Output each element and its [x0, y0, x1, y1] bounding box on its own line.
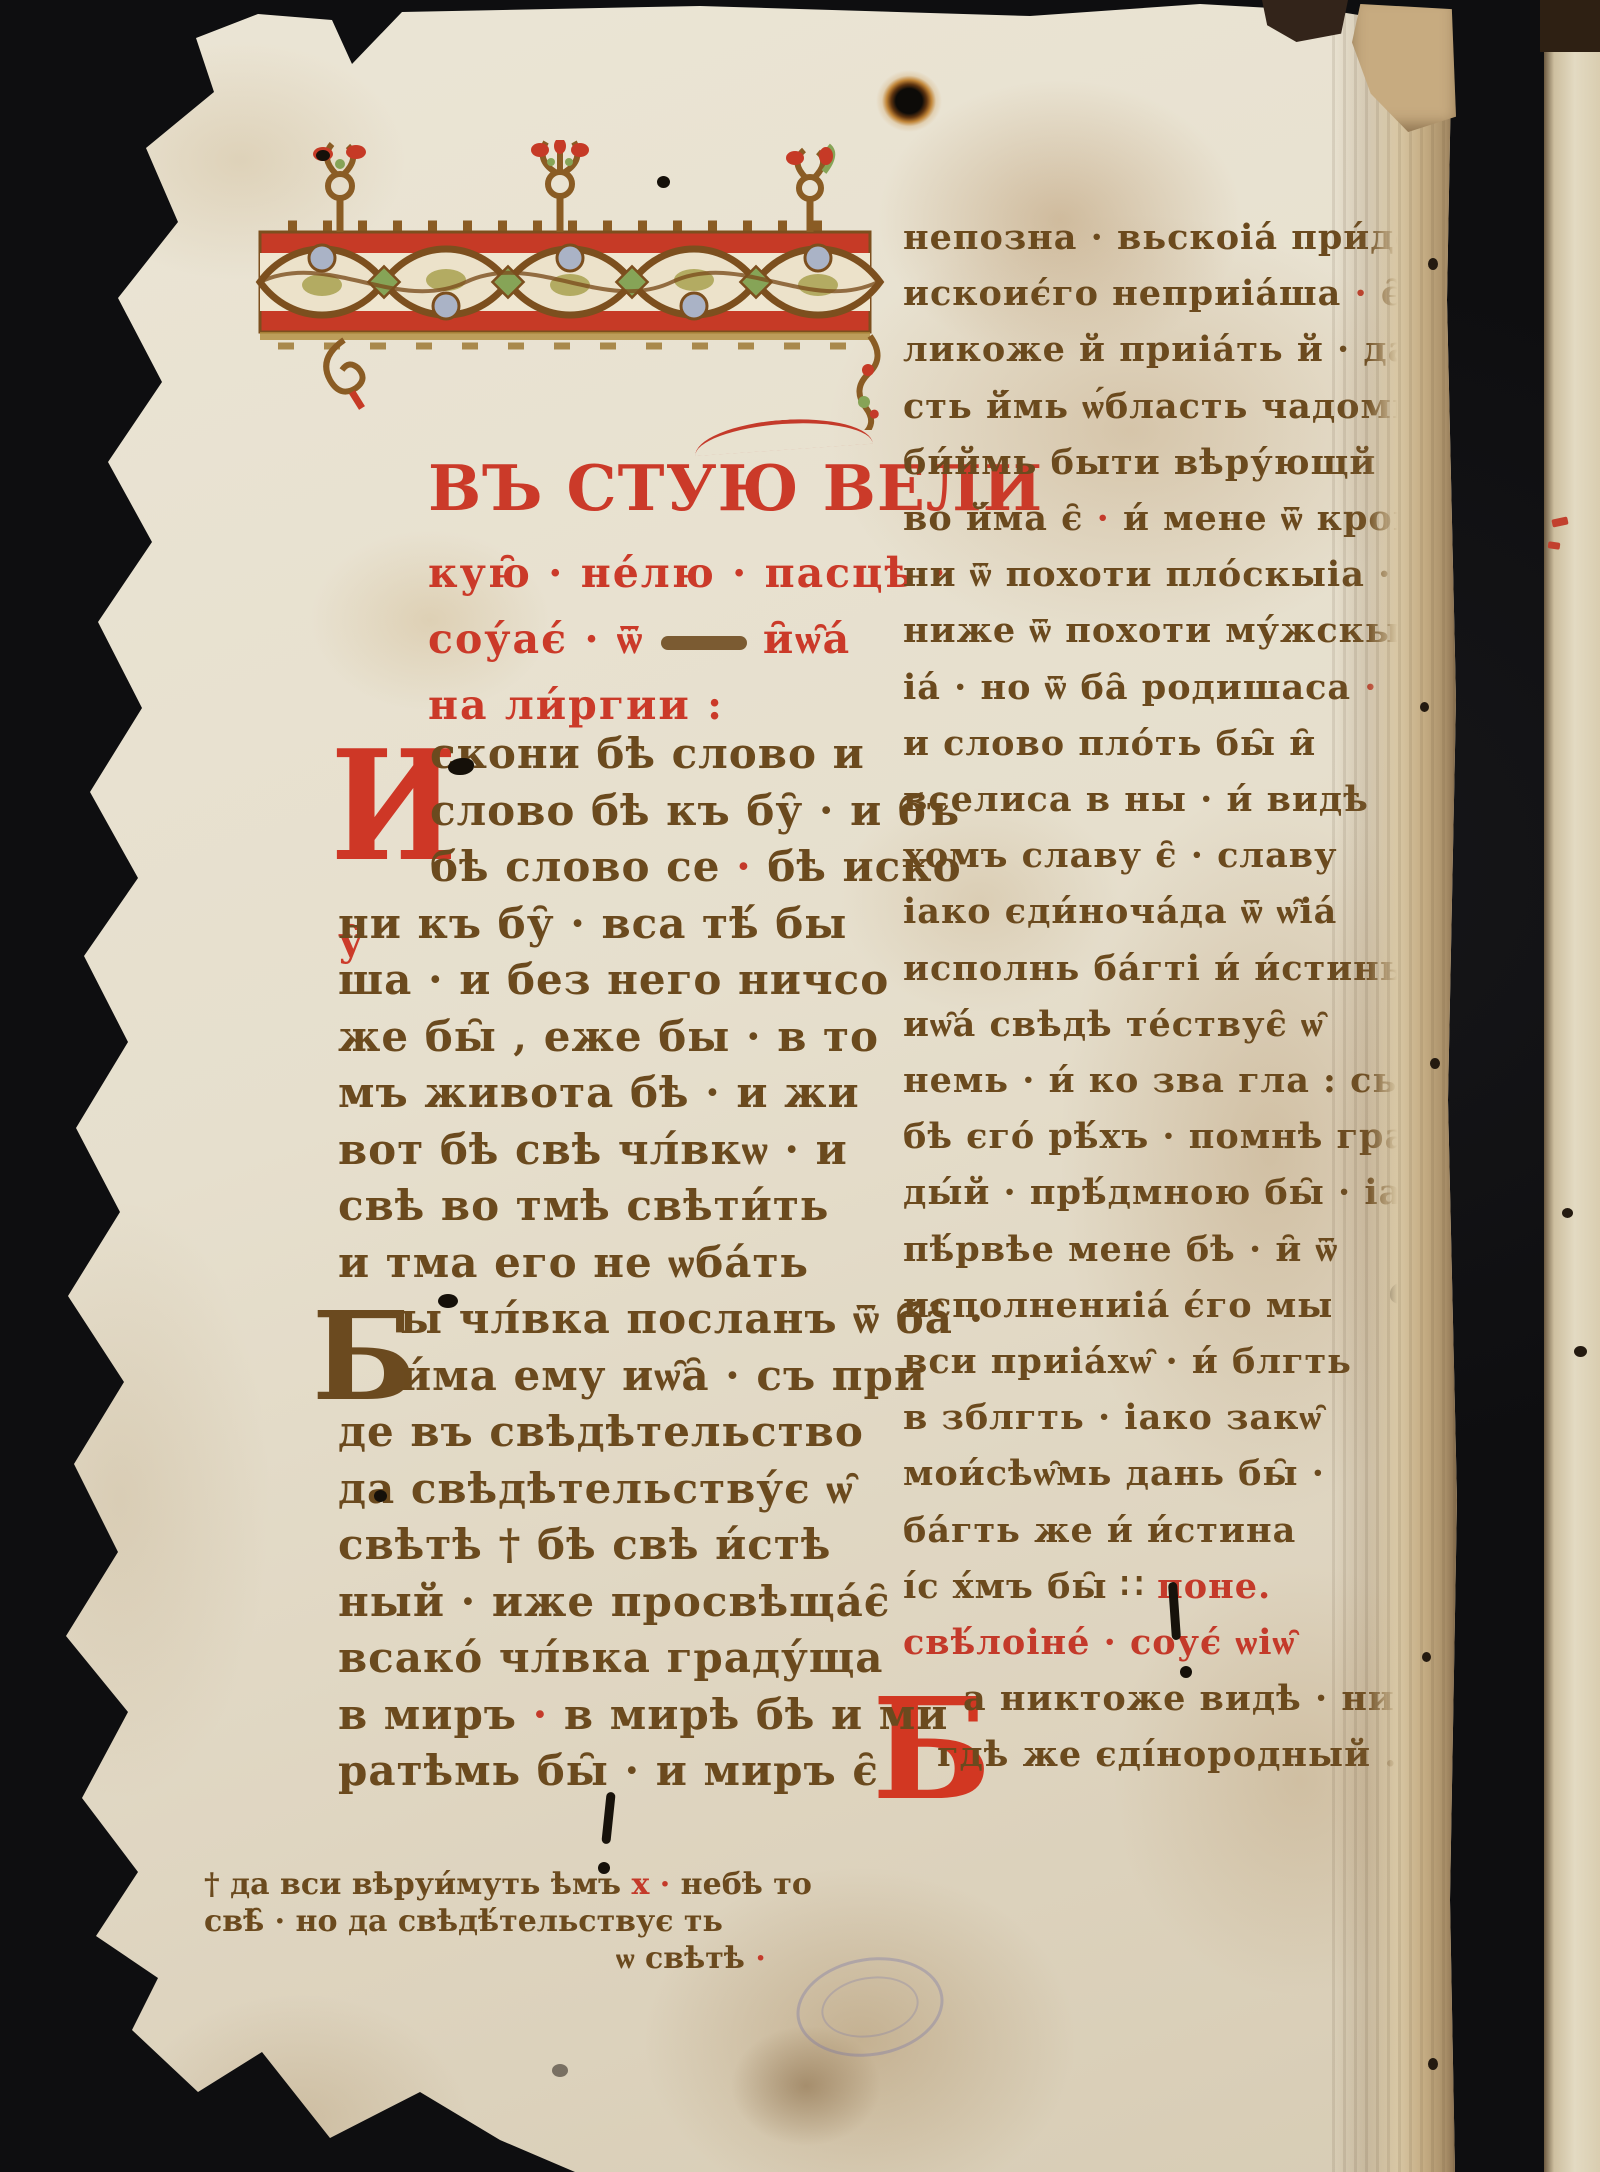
- ink-segment: скони бѣ слово и: [430, 729, 865, 778]
- parchment-page: ВЪ СТУЮ ВЕЛИкую̑ · не́лю · пасцѣ ·соу́ає…: [0, 0, 1600, 2172]
- ink-segment: исполнениіа́ є́го мы: [903, 1285, 1333, 1326]
- text-line: іа́ · но ѿ ба̑ родишаса ·: [903, 660, 1389, 716]
- rubric-segment: ·: [745, 1941, 766, 1976]
- text-line: † да вси вѣруи́муть ѣмъ х · небѣ то: [204, 1866, 904, 1903]
- text-line: вот бѣ свѣ чл́вкѡ · и: [338, 1122, 890, 1179]
- text-line: искоиє́го неприіа́ша · є̑: [903, 266, 1389, 322]
- ink-speck: [316, 150, 330, 161]
- text-line: в зблгть · іако закѡ̑: [903, 1390, 1389, 1446]
- ink-segment: бѣ слово се: [430, 842, 720, 891]
- text-line: мои́сѣѡ̑мь дань бы̑ ·: [903, 1446, 1389, 1502]
- rubric-segment: ·: [517, 1690, 548, 1739]
- ink-segment: немь · и́ ко зва гла : сь: [903, 1060, 1397, 1101]
- ink-segment: іако єди́ноча́да ѿ ѡ̑іа́: [903, 891, 1337, 932]
- text-line: непозна · вьскоіа́ при́де ·: [903, 210, 1389, 266]
- ink-segment: да свѣдѣтельству́є ѡ̑: [338, 1464, 853, 1513]
- red-mark: [1551, 516, 1568, 527]
- rubric-segment: х ·: [621, 1867, 670, 1902]
- ink-segment: хомъ славу є̑ · славу: [903, 835, 1337, 876]
- ink-segment: і́с х́мъ бы̑ ∷: [903, 1566, 1157, 1607]
- ink-blot: [438, 1294, 458, 1308]
- ink-segment: іа́ · но ѿ ба̑ родишаса: [903, 667, 1364, 708]
- ink-segment: же бы̑ ‚ еже бы · в то: [338, 1012, 879, 1061]
- text-line: ы чл́вка посланъ ѿ ба̑ ·: [338, 1291, 890, 1348]
- headpiece-left-pendant: [326, 340, 362, 392]
- text-line: вселиса в ны · и́ видѣ: [903, 772, 1389, 828]
- ink-segment: мои́сѣѡ̑мь дань бы̑ ·: [903, 1453, 1325, 1494]
- ink-segment: в миръ: [338, 1690, 517, 1739]
- ink-segment: на ли́ргии :: [428, 681, 724, 729]
- text-line: іако єди́ноча́да ѿ ѡ̑іа́: [903, 884, 1389, 940]
- ink-segment: иѡ̑а́ свѣдѣ те́ствує̑ ѡ̑: [903, 1004, 1324, 1045]
- text-line: а никтоже видѣ · ни: [903, 1671, 1389, 1727]
- ink-segment: и́ма ему иѡ̑а̑ · съ при: [400, 1351, 926, 1400]
- burn-hole: [876, 70, 942, 132]
- text-line: бѣ єго́ рѣ́хъ · помнѣ гра: [903, 1109, 1389, 1165]
- text-line: ратѣмь бы̑ · и миръ є̑: [338, 1743, 890, 1800]
- ink-segment: всако́ чл́вка граду́ща: [338, 1633, 884, 1682]
- text-line: ба́гть же и́ и́стина: [903, 1503, 1389, 1559]
- text-line: и́ма ему иѡ̑а̑ · съ при: [338, 1348, 890, 1405]
- strikeout-blot: [661, 636, 747, 650]
- text-line: гдѣ же єді́нородный .: [903, 1727, 1389, 1783]
- ink-blot: [374, 1490, 387, 1502]
- ink-segment: ѡ свѣтѣ: [616, 1941, 745, 1976]
- binding-corner-fragment: [1540, 0, 1600, 52]
- rubric-segment: ·: [720, 842, 751, 891]
- right-text-column: непозна · вьскоіа́ при́де ·искоиє́го неп…: [903, 210, 1389, 1784]
- text-line: исполнениіа́ є́го мы: [903, 1278, 1389, 1334]
- text-line: в миръ · в мирѣ бѣ и ми: [338, 1687, 890, 1744]
- text-line: ды́й · прѣ́дмною бы̑ · іако: [903, 1165, 1389, 1221]
- ink-segment: небѣ то: [670, 1867, 812, 1902]
- ink-segment: и̑ѡ̑а́: [747, 615, 852, 663]
- text-line: ша · и без него ничсо: [338, 952, 890, 1009]
- dirt-speck: [1574, 1346, 1587, 1357]
- binding-fold: [1332, 0, 1458, 2172]
- dirt-speck: [1562, 1208, 1573, 1218]
- ink-segment: а никтоже видѣ · ни: [963, 1678, 1395, 1719]
- red-mark: [1548, 541, 1561, 550]
- rubric-segment: свѣ́лоіне́ · соує́ ѡіѡ̑: [903, 1622, 1295, 1663]
- ink-segment: свѣтѣ † бѣ свѣ и́стѣ: [338, 1520, 831, 1569]
- text-line: и слово пло́ть бы̑ и̑: [903, 716, 1389, 772]
- text-line: ни къ бу̑ · вса тѣ́ бы: [338, 896, 890, 953]
- text-line: ниже ѿ похоти му́жскы: [903, 603, 1389, 659]
- ink-segment: в мирѣ бѣ и ми: [548, 1690, 948, 1739]
- ink-segment: ниже ѿ похоти му́жскы: [903, 610, 1401, 651]
- worm-hole: [657, 176, 670, 188]
- text-line: немь · и́ ко зва гла : сь: [903, 1053, 1389, 1109]
- ink-segment: ша · и без него ничсо: [338, 955, 889, 1004]
- text-line: да свѣдѣтельству́є ѡ̑: [338, 1461, 890, 1518]
- ink-segment: би́ймь быти вѣру́ющй: [903, 442, 1376, 483]
- text-line: ѡ свѣтѣ ·: [204, 1940, 904, 1977]
- text-line: сть й́мь ѡ́бласть чадомь: [903, 379, 1389, 435]
- text-line: і́с х́мъ бы̑ ∷ поне.: [903, 1559, 1389, 1615]
- facing-page-sliver: [1544, 0, 1600, 2172]
- text-line: ни ѿ похоти пло́скыіа ·: [903, 547, 1389, 603]
- text-line: ный · иже просвѣща́є̑: [338, 1574, 890, 1631]
- text-line: мъ живота бѣ · и жи: [338, 1065, 890, 1122]
- text-line: свѣ во тмѣ свѣти́ть: [338, 1178, 890, 1235]
- ink-segment: вот бѣ свѣ чл́вкѡ · и: [338, 1125, 848, 1174]
- text-line: же бы̑ ‚ еже бы · в то: [338, 1009, 890, 1066]
- text-line: исполнь ба́гті и́ и́стины ·: [903, 941, 1389, 997]
- left-text-column: скони бѣ слово ислово бѣ къ бу̑ · и бъ̑б…: [338, 726, 890, 1800]
- ink-segment: в зблгть · іако закѡ̑: [903, 1397, 1322, 1438]
- ink-segment: и тма его не ѡба́ть: [338, 1238, 809, 1287]
- ink-segment: кую̑ · не́лю · пасцѣ ·: [428, 549, 948, 597]
- manuscript-photo: { "artifact": { "kind_label": "manuscrip…: [0, 0, 1600, 2172]
- text-line: во й́ма є̑ · и́ мене ѿ крови: [903, 491, 1389, 547]
- ink-dot: [598, 1862, 610, 1874]
- text-line: и тма его не ѡба́ть: [338, 1235, 890, 1292]
- ink-segment: гдѣ же єді́нородный .: [937, 1734, 1397, 1775]
- ink-segment: вси приіа́хѡ̑ · и́ блгть: [903, 1341, 1352, 1382]
- ink-segment: искоиє́го неприіа́ша: [903, 273, 1355, 314]
- text-line: свѣ́лоіне́ · соує́ ѡіѡ̑: [903, 1615, 1389, 1671]
- ink-segment: свѣ̑ · но да свѣдѣ́тельствує ть: [204, 1904, 723, 1939]
- ink-segment: ни къ бу̑ · вса тѣ́ бы: [338, 899, 847, 948]
- rubric-segment: ·: [1097, 498, 1110, 539]
- ink-segment: ни ѿ похоти пло́скыіа ·: [903, 554, 1391, 595]
- ink-segment: ы чл́вка посланъ ѿ ба̑ ·: [400, 1294, 984, 1343]
- ink-segment: свѣ во тмѣ свѣти́ть: [338, 1181, 829, 1230]
- ink-segment: слово бѣ къ бу̑ · и бъ̑: [430, 786, 960, 835]
- ink-dot: [1180, 1666, 1192, 1678]
- ink-segment: † да вси вѣруи́муть ѣмъ: [204, 1867, 621, 1902]
- text-line: пѣ́рвѣе мене бѣ · и̑ ѿ: [903, 1222, 1389, 1278]
- dirt-speck: [552, 2064, 568, 2077]
- text-line: ликоже й приіа́ть й · да: [903, 322, 1389, 378]
- text-line: свѣ̑ · но да свѣдѣ́тельствує ть: [204, 1903, 904, 1940]
- text-line: бѣ слово се · бѣ иско: [338, 839, 890, 896]
- text-line: всако́ чл́вка граду́ща: [338, 1630, 890, 1687]
- ink-segment: ратѣмь бы̑ · и миръ є̑: [338, 1746, 879, 1795]
- ink-segment: ба́гть же и́ и́стина: [903, 1510, 1296, 1551]
- ink-segment: де въ свѣдѣтельство: [338, 1407, 864, 1456]
- ink-segment: ный · иже просвѣща́є̑: [338, 1577, 890, 1626]
- ink-segment: мъ живота бѣ · и жи: [338, 1068, 860, 1117]
- ink-segment: во й́ма є̑: [903, 498, 1097, 539]
- ink-segment: пѣ́рвѣе мене бѣ · и̑ ѿ: [903, 1229, 1338, 1270]
- interlace-headpiece: [248, 140, 908, 430]
- headpiece-finials: [313, 140, 833, 232]
- ink-segment: и слово пло́ть бы̑ и̑: [903, 723, 1316, 764]
- text-line: слово бѣ къ бу̑ · и бъ̑: [338, 783, 890, 840]
- ink-segment: вселиса в ны · и́ видѣ: [903, 779, 1369, 820]
- marginal-note: † да вси вѣруи́муть ѣмъ х · небѣ тосвѣ̑ …: [204, 1866, 904, 1977]
- text-line: вси приіа́хѡ̑ · и́ блгть: [903, 1334, 1389, 1390]
- text-line: скони бѣ слово и: [338, 726, 890, 783]
- text-line: би́ймь быти вѣру́ющй: [903, 435, 1389, 491]
- ink-squiggle: [601, 1792, 615, 1845]
- ink-segment: соу́ає́ · ѿ: [428, 615, 661, 663]
- text-line: хомъ славу є̑ · славу: [903, 828, 1389, 884]
- text-line: де въ свѣдѣтельство: [338, 1404, 890, 1461]
- text-line: иѡ̑а́ свѣдѣ те́ствує̑ ѡ̑: [903, 997, 1389, 1053]
- text-line: свѣтѣ † бѣ свѣ и́стѣ: [338, 1517, 890, 1574]
